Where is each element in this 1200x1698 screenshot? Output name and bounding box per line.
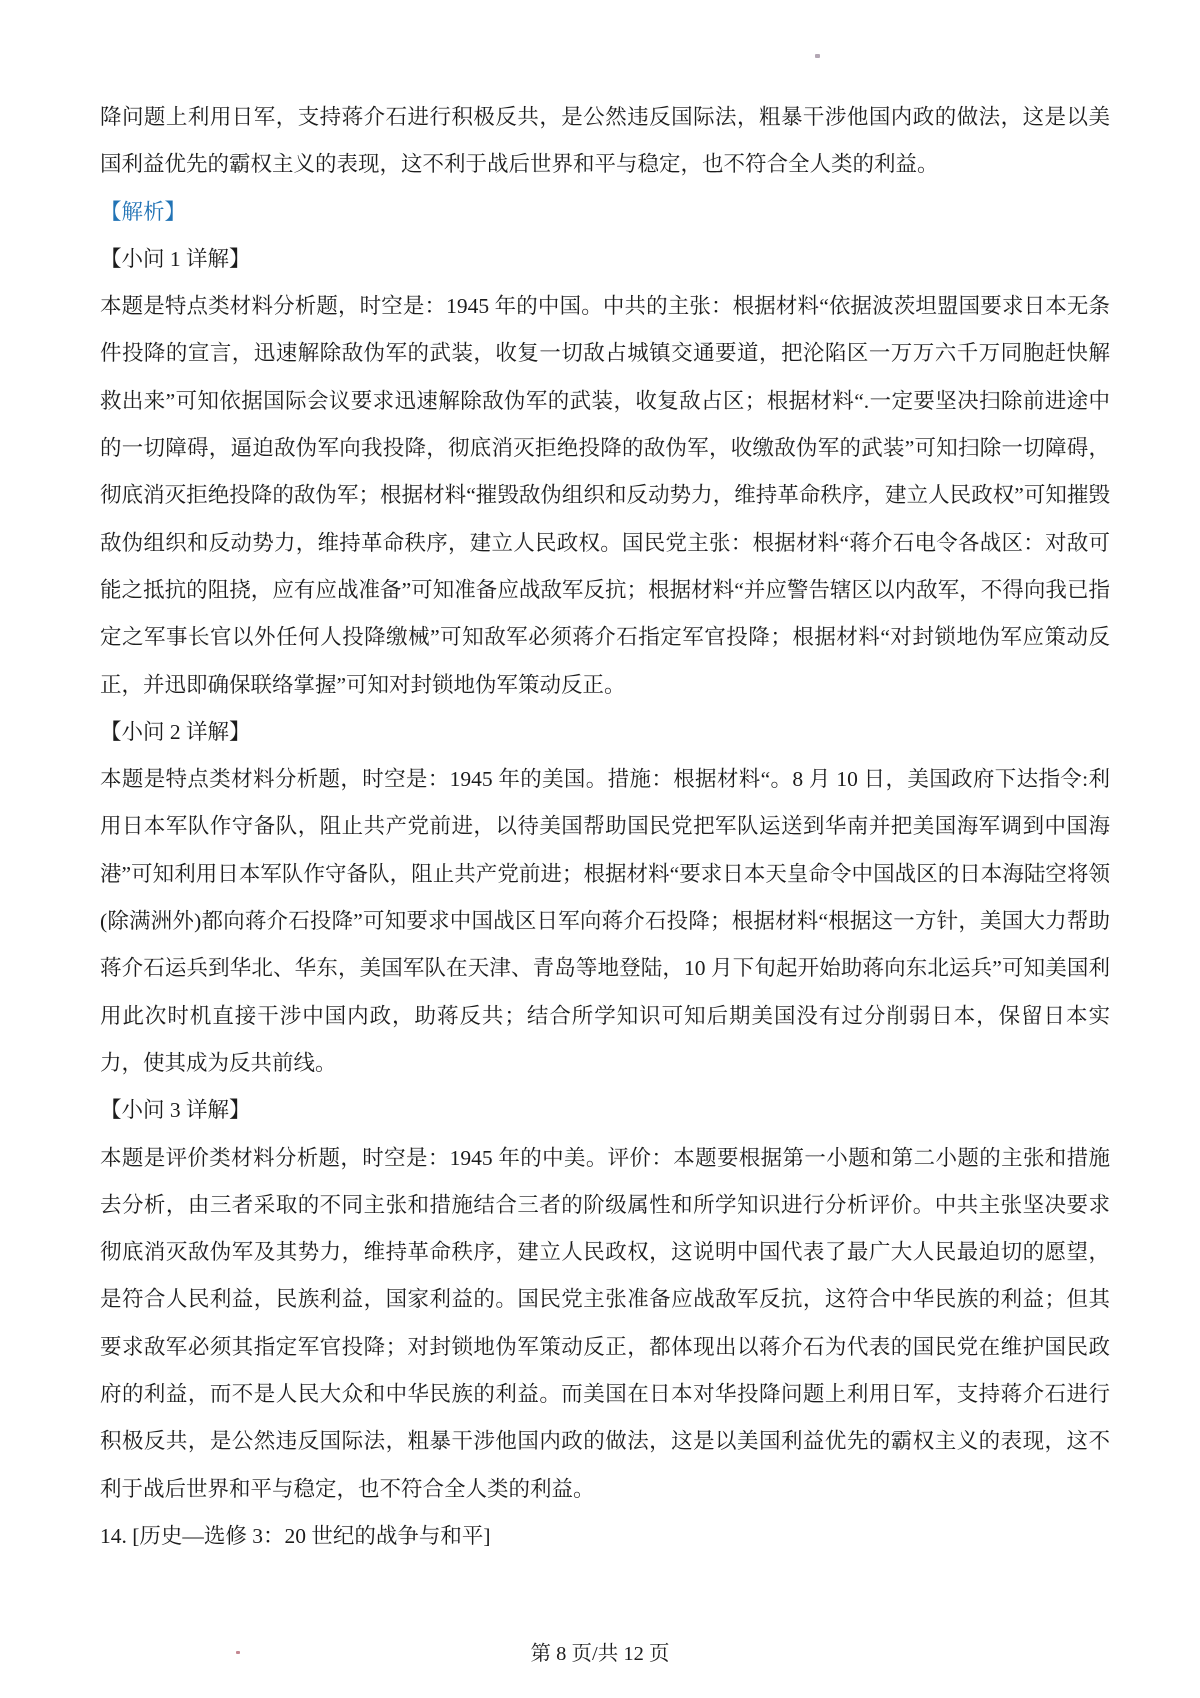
continued-paragraph-us-evaluation: 降问题上利用日军，支持蒋介石进行积极反共，是公然违反国际法，粗暴干涉他国内政的做… [100,94,1110,189]
subquestion-3-analysis: 本题是评价类材料分析题，时空是：1945 年的中美。评价：本题要根据第一小题和第… [100,1135,1110,1513]
stray-mark-top [815,54,820,58]
subquestion-2-analysis: 本题是特点类材料分析题，时空是：1945 年的美国。措施：根据材料“。8 月 1… [100,756,1110,1087]
question-14-heading: 14. [历史—选修 3：20 世纪的战争与和平] [100,1513,1110,1560]
subquestion-1-label: 【小问 1 详解】 [100,236,1110,283]
analysis-label: 【解析】 [100,189,1110,236]
document-page: 降问题上利用日军，支持蒋介石进行积极反共，是公然违反国际法，粗暴干涉他国内政的做… [0,0,1200,1698]
subquestion-2-label: 【小问 2 详解】 [100,709,1110,756]
subquestion-3-label: 【小问 3 详解】 [100,1087,1110,1134]
document-body: 降问题上利用日军，支持蒋介石进行积极反共，是公然违反国际法，粗暴干涉他国内政的做… [100,94,1110,1560]
page-number-footer: 第 8 页/共 12 页 [0,1640,1200,1668]
subquestion-1-analysis: 本题是特点类材料分析题，时空是：1945 年的中国。中共的主张：根据材料“依据波… [100,283,1110,709]
